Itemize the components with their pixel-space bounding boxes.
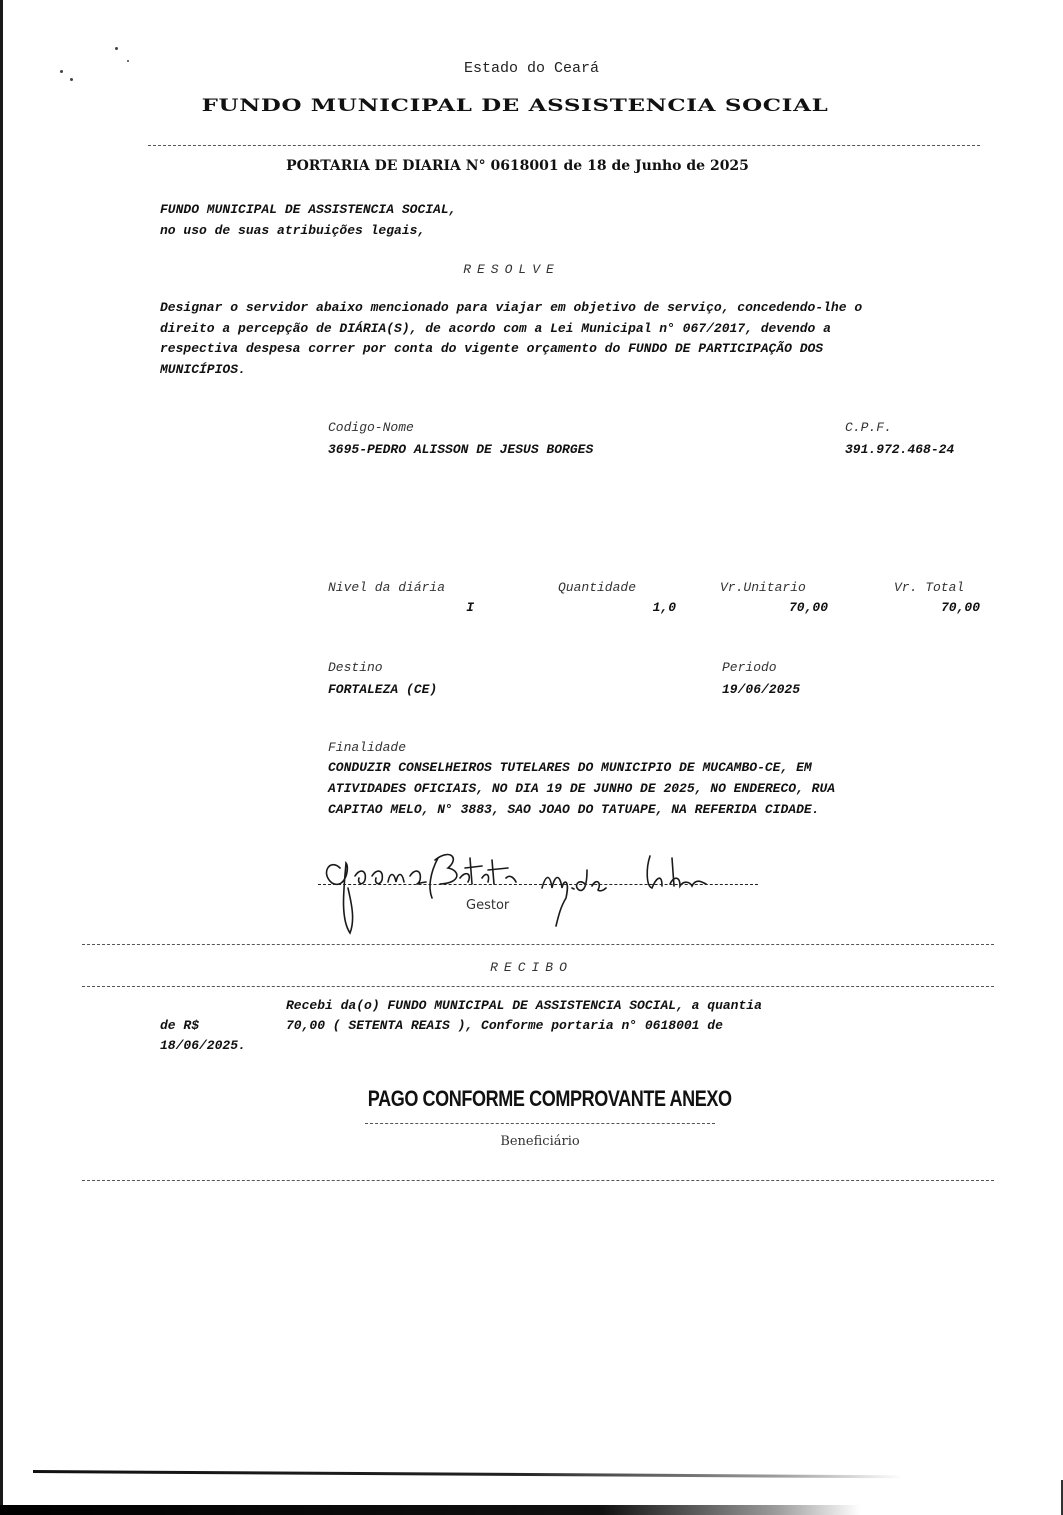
recibo-prefix: de R$ — [160, 1018, 199, 1033]
scan-left-edge — [0, 0, 3, 1515]
finalidade-line: ATIVIDADES OFICIAIS, NO DIA 19 DE JUNHO … — [328, 781, 835, 796]
handwritten-signature — [310, 848, 770, 938]
cpf-label: C.P.F. — [845, 420, 892, 435]
total-value: 70,00 — [880, 600, 980, 615]
finalidade-line: CONDUZIR CONSELHEIROS TUTELARES DO MUNIC… — [328, 760, 812, 775]
codigo-nome-value: 3695-PEDRO ALISSON DE JESUS BORGES — [328, 442, 593, 457]
scan-speck — [115, 47, 118, 50]
signer-role: Gestor — [466, 898, 509, 913]
scan-bottom-edge — [0, 1505, 860, 1515]
divider — [82, 944, 994, 945]
divider — [82, 1180, 994, 1181]
recibo-heading: RECIBO — [0, 960, 1063, 975]
recibo-line-3: 18/06/2025. — [160, 1038, 246, 1053]
divider — [148, 145, 980, 146]
periodo-label: Periodo — [722, 660, 777, 675]
beneficiario-line — [365, 1123, 715, 1124]
intro-attributions: no uso de suas atribuições legais, — [160, 223, 425, 238]
destino-label: Destino — [328, 660, 383, 675]
nivel-value: I — [328, 600, 474, 615]
total-label: Vr. Total — [894, 580, 964, 595]
signature-line — [318, 884, 758, 885]
paid-stamp: PAGO CONFORME COMPROVANTE ANEXO — [368, 1086, 712, 1112]
nivel-label: Nivel da diária — [328, 580, 445, 595]
finalidade-line: CAPITAO MELO, N° 3883, SAO JOAO DO TATUA… — [328, 802, 819, 817]
unitario-label: Vr.Unitario — [720, 580, 806, 595]
divider — [82, 986, 994, 987]
recibo-line-2: 70,00 ( SETENTA REAIS ), Conforme portar… — [286, 1018, 723, 1033]
finalidade-label: Finalidade — [328, 740, 406, 755]
beneficiario-label: Beneficiário — [330, 1134, 750, 1149]
organization-title: FUNDO MUNICIPAL DE ASSISTENCIA SOCIAL — [0, 96, 1063, 116]
quantidade-value: 1,0 — [558, 600, 676, 615]
scan-artifact-bar — [33, 1470, 903, 1478]
cpf-value: 391.972.468-24 — [845, 442, 954, 457]
state-name: Estado do Ceará — [0, 60, 1063, 77]
resolve-heading: RESOLVE — [0, 262, 1023, 277]
recibo-line-1: Recebi da(o) FUNDO MUNICIPAL DE ASSISTEN… — [286, 998, 762, 1013]
periodo-value: 19/06/2025 — [722, 682, 800, 697]
intro-organization: FUNDO MUNICIPAL DE ASSISTENCIA SOCIAL, — [160, 202, 456, 217]
portaria-title: PORTARIA DE DIARIA N° 0618001 de 18 de J… — [0, 158, 1035, 174]
body-paragraph: Designar o servidor abaixo mencionado pa… — [160, 298, 880, 380]
scan-speck — [70, 78, 73, 81]
codigo-nome-label: Codigo-Nome — [328, 420, 414, 435]
unitario-value: 70,00 — [720, 600, 828, 615]
destino-value: FORTALEZA (CE) — [328, 682, 437, 697]
quantidade-label: Quantidade — [558, 580, 636, 595]
